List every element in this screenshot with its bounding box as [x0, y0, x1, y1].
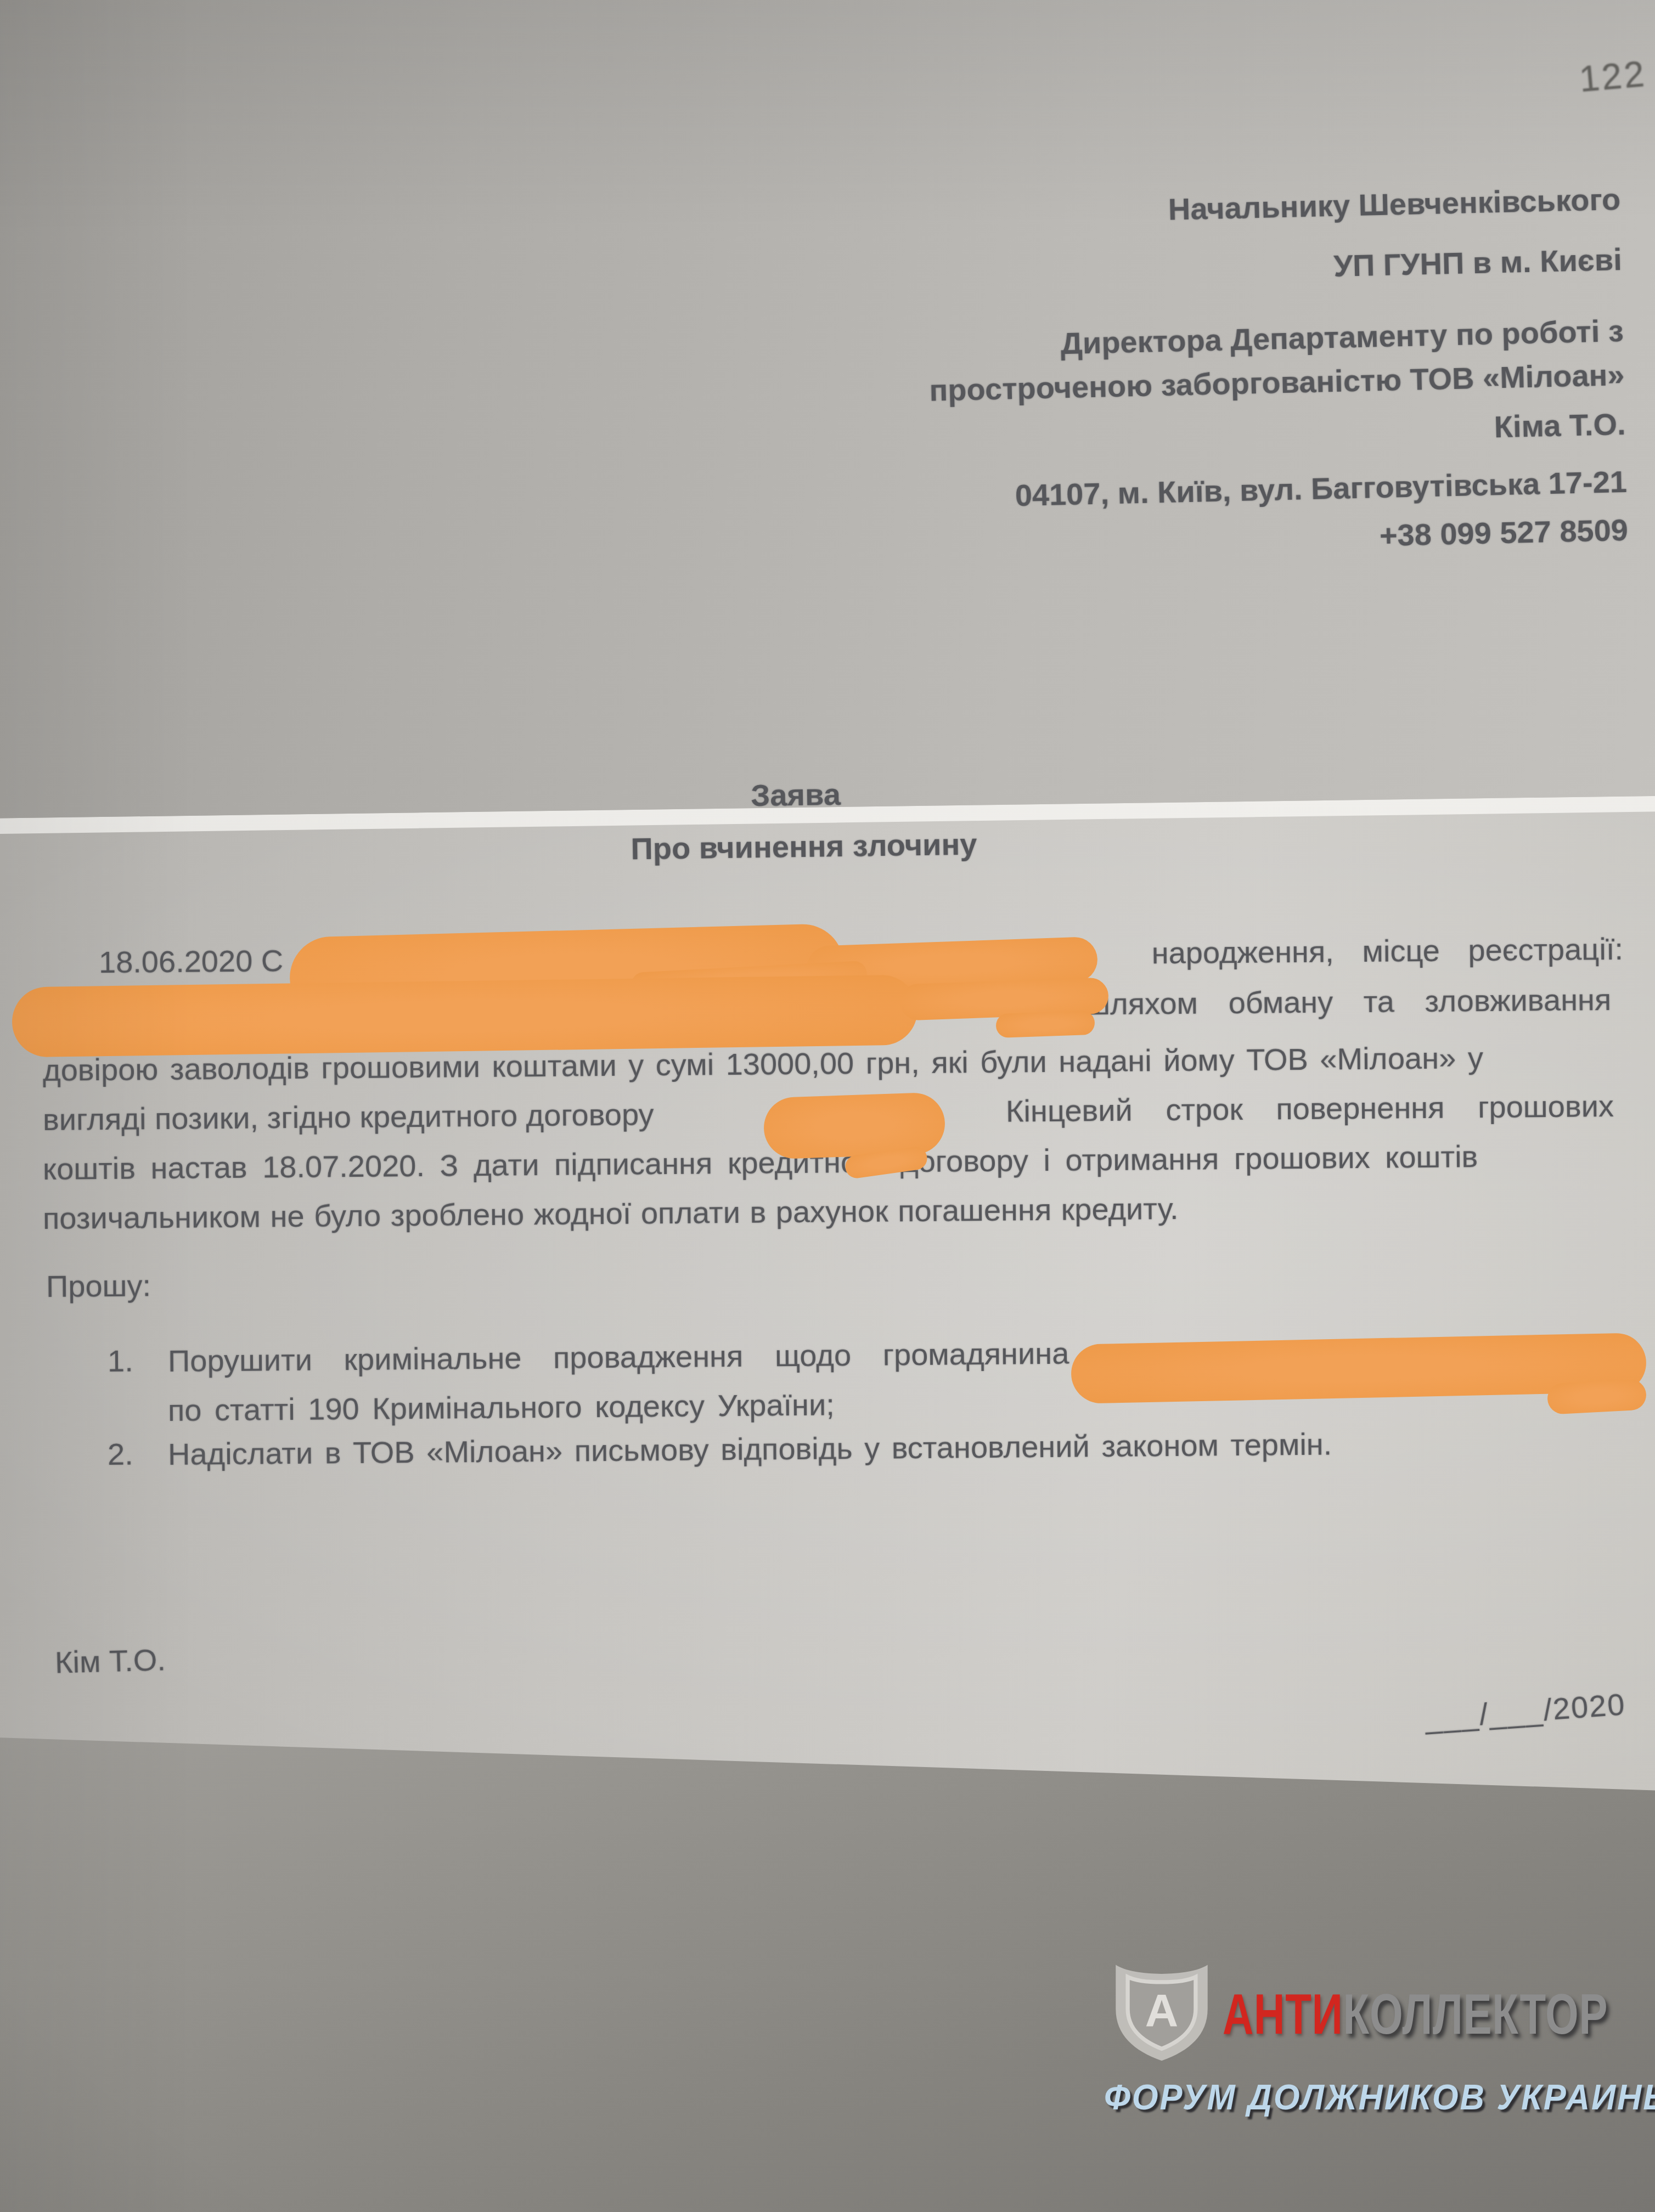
request-1-text: Порушити кримінальне провадження щодо гр…	[168, 1336, 1069, 1378]
list-number-1: 1.	[108, 1342, 157, 1379]
signature-name: Кім Т.О.	[54, 1641, 166, 1680]
page-number: 122	[1578, 55, 1647, 97]
watermark-brand-gray: КОЛЛЕКТОР	[1343, 1982, 1608, 2046]
body-line-1-right: народження, місце реєстрації:	[1151, 931, 1623, 971]
watermark-brand-red: АНТИ	[1223, 1982, 1343, 2046]
recipient-line: УП ГУНП в м. Києві	[689, 241, 1622, 299]
shield-letter: А	[1145, 1985, 1178, 2036]
shield-icon: А	[1112, 1951, 1212, 2063]
recipient-line: Кіма Т.О.	[693, 406, 1626, 464]
body-line-4-left: вигляді позики, згідно кредитного догово…	[43, 1097, 654, 1137]
redaction-mark	[12, 974, 918, 1057]
redaction-mark	[995, 1011, 1095, 1038]
redaction-mark	[1547, 1379, 1647, 1414]
recipient-block: Начальнику Шевченківського УП ГУНП в м. …	[688, 181, 1629, 569]
watermark-subtitle: ФОРУМ ДОЛЖНИКОВ УКРАИНЫ	[1104, 2077, 1655, 2118]
document-photo: 122 Начальнику Шевченківського УП ГУНП в…	[0, 0, 1655, 2212]
list-number-2: 2.	[108, 1436, 157, 1472]
recipient-address: 04107, м. Київ, вул. Багговутівська 17-2…	[694, 464, 1628, 521]
watermark-brand: АНТИКОЛЛЕКТОР	[1223, 1982, 1608, 2047]
body-date-and-initial: 18.06.2020 С	[99, 943, 284, 979]
request-label: Прошу:	[46, 1267, 151, 1305]
body-line-4-right: Кінцевий строк повернення грошових	[1006, 1088, 1614, 1130]
